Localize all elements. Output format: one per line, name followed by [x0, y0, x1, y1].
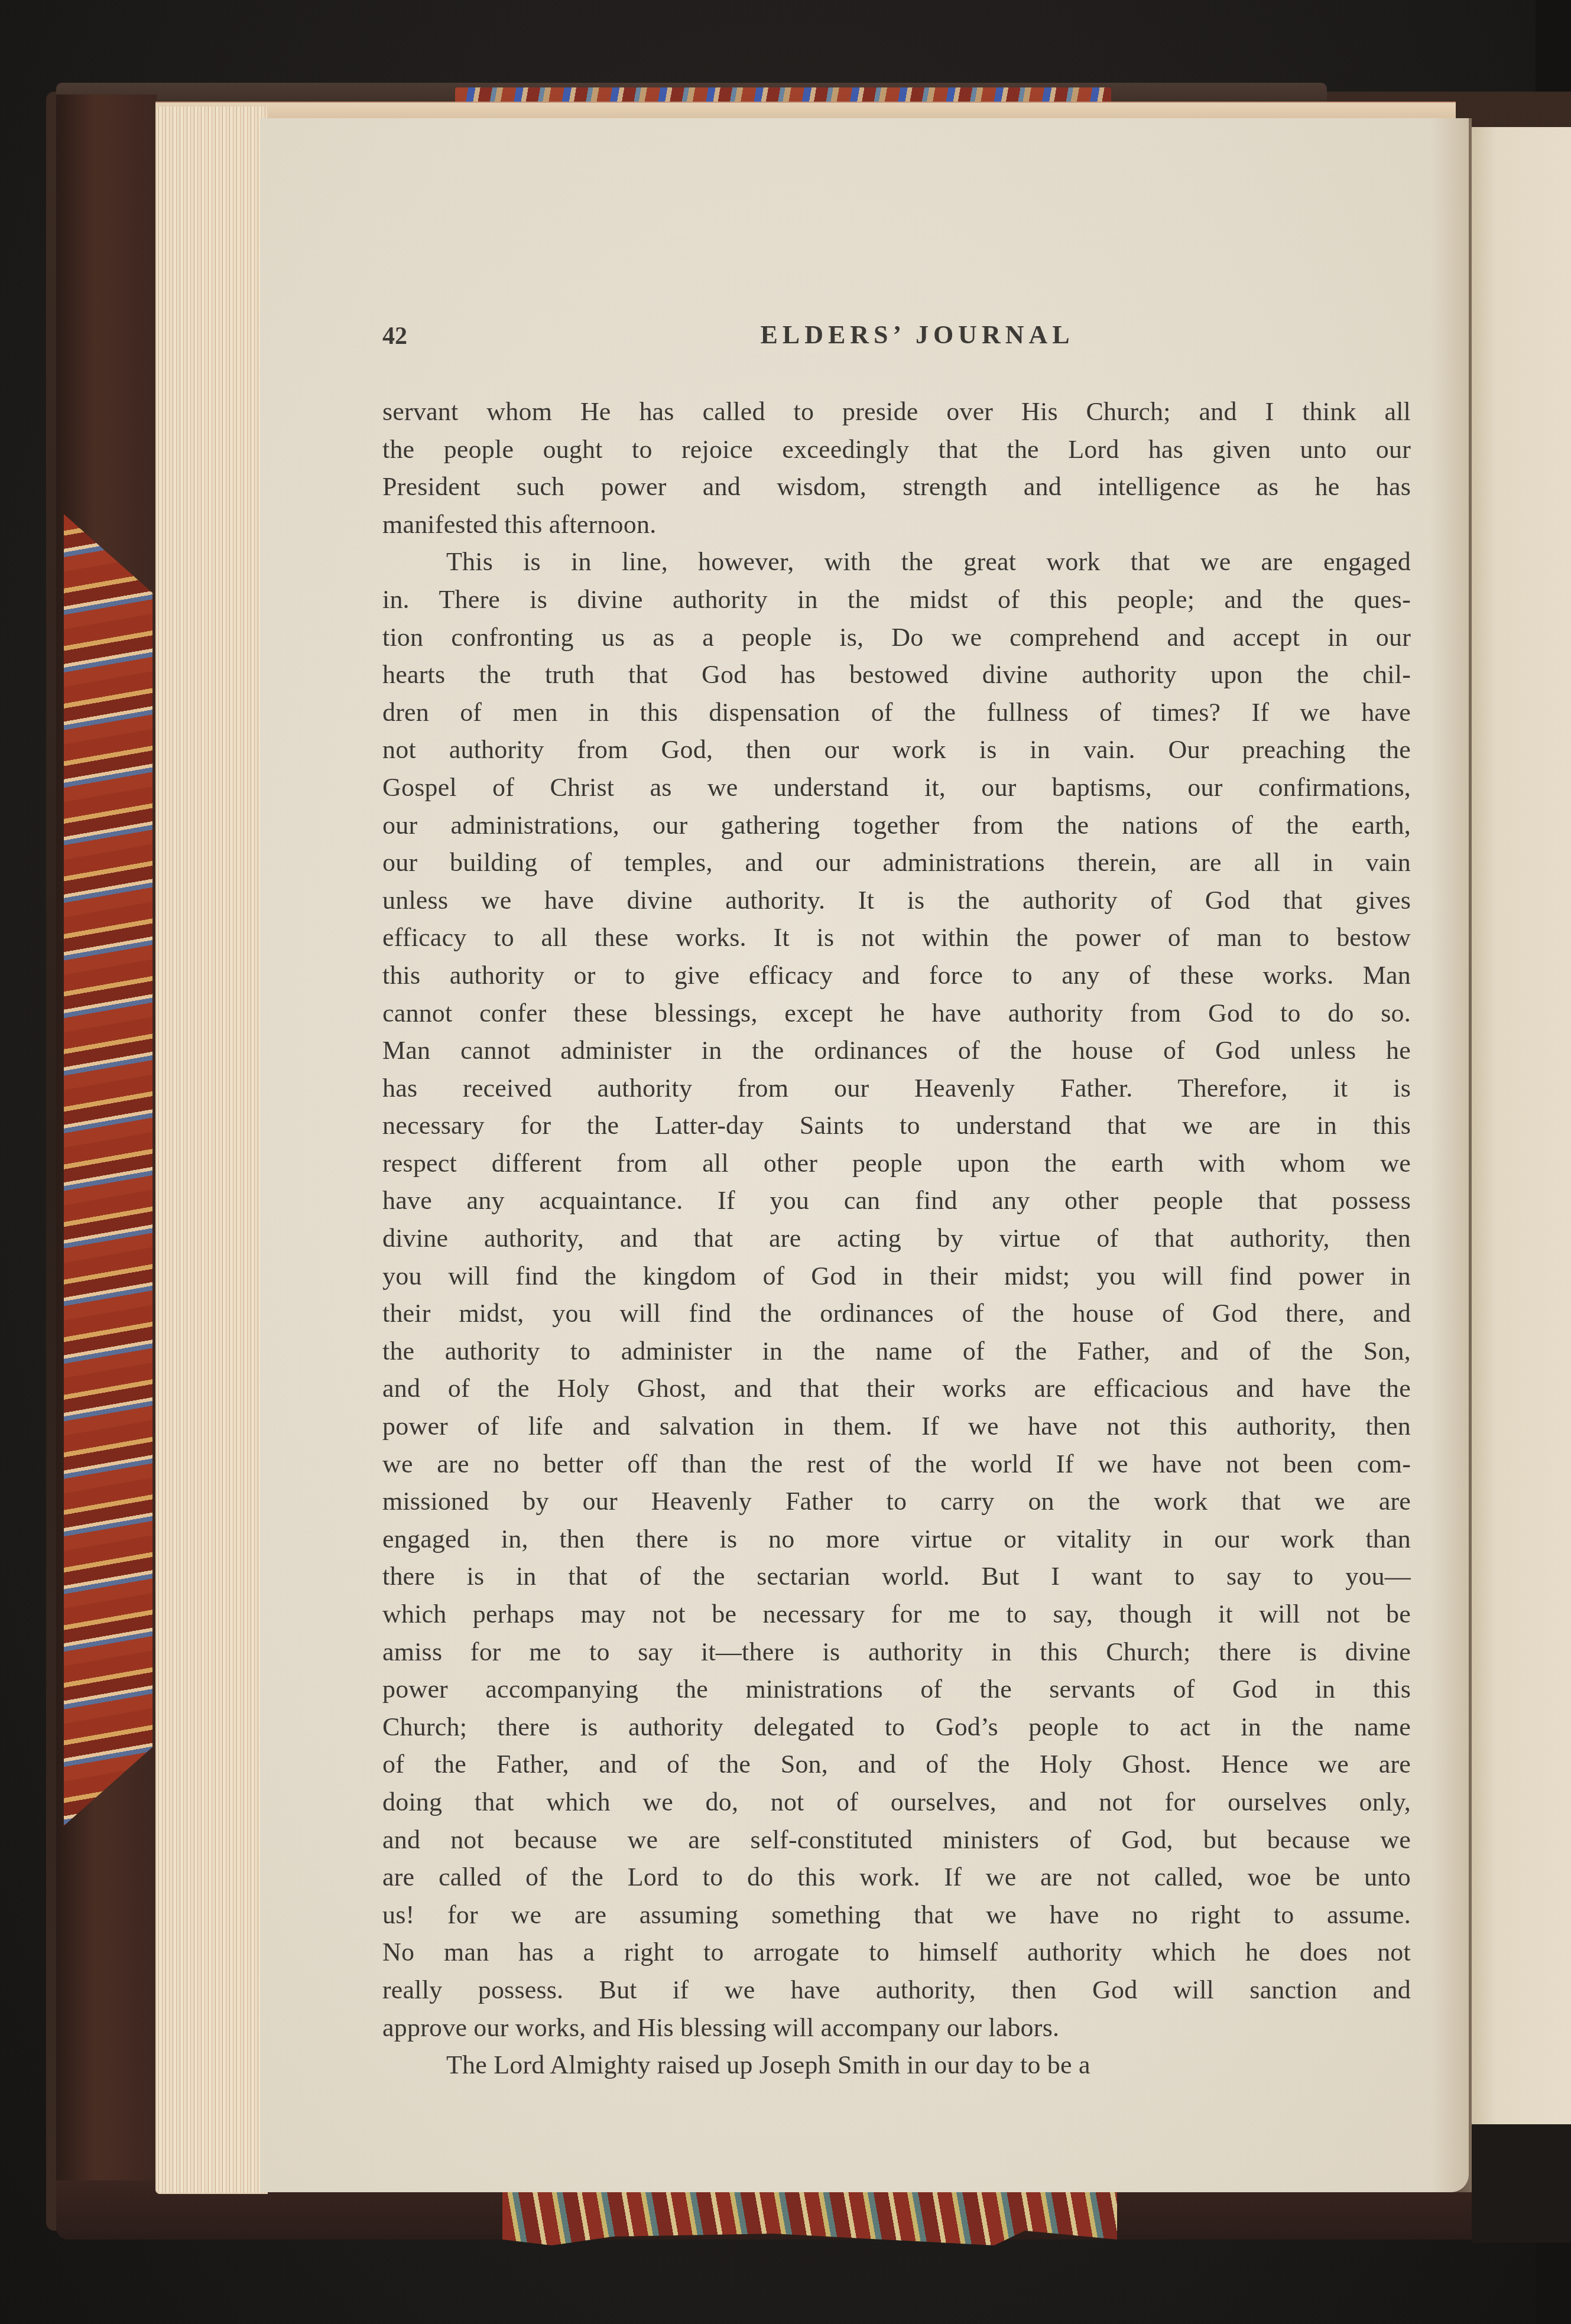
text-line: really possess. But if we have authority… — [382, 1971, 1411, 2009]
text-line: our administrations, our gathering toget… — [382, 807, 1411, 844]
text-line: missioned by our Heavenly Father to carr… — [382, 1483, 1411, 1520]
text-line: not authority from God, then our work is… — [382, 731, 1411, 769]
text-line: divine authority, and that are acting by… — [382, 1220, 1411, 1257]
text-line: and of the Holy Ghost, and that their wo… — [382, 1370, 1411, 1408]
page-stack-edge — [155, 105, 268, 2194]
facing-page-shadow — [1472, 2124, 1571, 2242]
running-head: 42 ELDERS’ JOURNAL — [382, 316, 1411, 352]
text-line: No man has a right to arrogate to himsel… — [382, 1933, 1411, 1971]
text-line: has received authority from our Heavenly… — [382, 1070, 1411, 1107]
text-line: necessary for the Latter-day Saints to u… — [382, 1107, 1411, 1145]
text-line: tion confronting us as a people is, Do w… — [382, 619, 1411, 656]
text-line: doing that which we do, not of ourselves… — [382, 1783, 1411, 1821]
text-line: Church; there is authority delegated to … — [382, 1708, 1411, 1746]
text-line: approve our works, and His blessing will… — [382, 2009, 1411, 2047]
text-line: we are no better off than the rest of th… — [382, 1445, 1411, 1483]
marbled-endpaper-left — [64, 514, 152, 1826]
text-line: have any acquaintance. If you can find a… — [382, 1182, 1411, 1220]
text-line: which perhaps may not be necessary for m… — [382, 1595, 1411, 1633]
text-line: us! for we are assuming something that w… — [382, 1896, 1411, 1934]
text-line: the authority to administer in the name … — [382, 1332, 1411, 1370]
text-line: amiss for me to say it—there is authorit… — [382, 1633, 1411, 1671]
text-line: there is in that of the sectarian world.… — [382, 1558, 1411, 1595]
text-line: Man cannot administer in the ordinances … — [382, 1032, 1411, 1070]
text-line: manifested this afternoon. — [382, 506, 1411, 544]
text-line: in. There is divine authority in the mid… — [382, 581, 1411, 619]
gutter-shadow — [1430, 118, 1472, 2192]
text-line: respect different from all other people … — [382, 1145, 1411, 1182]
text-line: unless we have divine authority. It is t… — [382, 882, 1411, 919]
text-line: servant whom He has called to preside ov… — [382, 393, 1411, 431]
text-line: engaged in, then there is no more virtue… — [382, 1520, 1411, 1558]
text-line: and not because we are self-constituted … — [382, 1821, 1411, 1859]
journal-title: ELDERS’ JOURNAL — [382, 320, 1411, 350]
text-line: our building of temples, and our adminis… — [382, 844, 1411, 882]
text-line: of the Father, and of the Son, and of th… — [382, 1746, 1411, 1783]
body-text: servant whom He has called to preside ov… — [382, 393, 1411, 2084]
facing-page — [1472, 127, 1571, 2124]
text-line: you will find the kingdom of God in thei… — [382, 1257, 1411, 1295]
text-line: President such power and wisdom, strengt… — [382, 468, 1411, 506]
text-line: this authority or to give efficacy and f… — [382, 957, 1411, 994]
text-line: are called of the Lord to do this work. … — [382, 1858, 1411, 1896]
text-line: Gospel of Christ as we understand it, ou… — [382, 769, 1411, 807]
text-line: efficacy to all these works. It is not w… — [382, 919, 1411, 957]
text-line: power accompanying the ministrations of … — [382, 1670, 1411, 1708]
text-line: the people ought to rejoice exceedingly … — [382, 431, 1411, 469]
text-line: their midst, you will find the ordinance… — [382, 1295, 1411, 1332]
text-line: cannot confer these blessings, except he… — [382, 994, 1411, 1032]
text-line: hearts the truth that God has bestowed d… — [382, 656, 1411, 694]
text-line: power of life and salvation in them. If … — [382, 1408, 1411, 1445]
text-line: dren of men in this dispensation of the … — [382, 694, 1411, 732]
text-line: This is in line, however, with the great… — [382, 543, 1411, 581]
text-line: The Lord Almighty raised up Joseph Smith… — [382, 2046, 1411, 2084]
